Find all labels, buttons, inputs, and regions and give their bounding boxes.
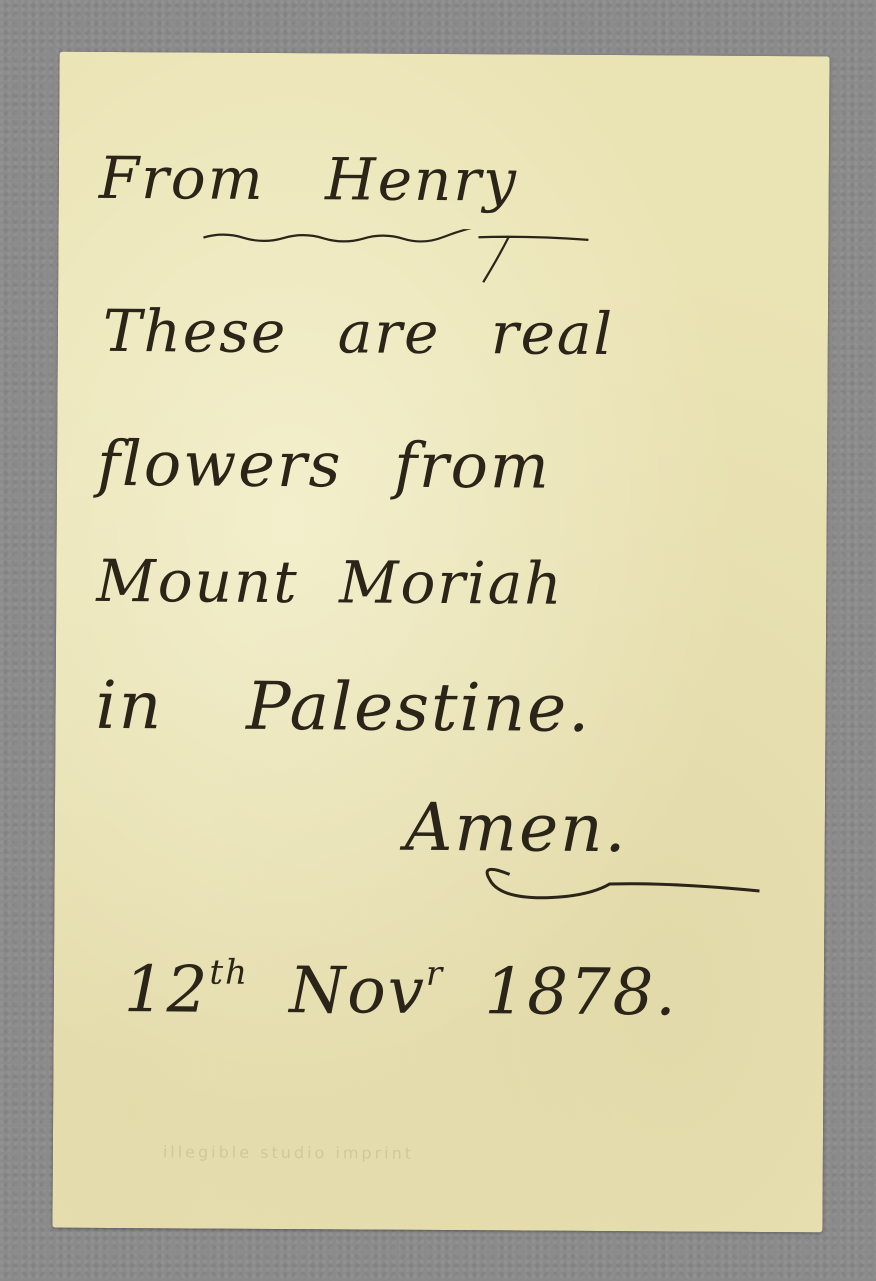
handwritten-card: From Henry These are real flowers from M… [52, 52, 829, 1233]
date-line: 12th Novr 1878. [124, 952, 678, 1030]
line-in-palestine: in Palestine. [95, 667, 591, 747]
line-these-are-real: These are real [103, 297, 615, 368]
date-month: Nov [289, 954, 426, 1029]
date-day: 12 [124, 953, 210, 1028]
line-mount-moriah: Mount Moriah [96, 547, 564, 618]
date-day-suffix: th [209, 953, 249, 993]
faded-imprint: illegible studio imprint [163, 1142, 414, 1163]
date-year: 1878. [484, 955, 678, 1030]
underline-flourish [198, 228, 598, 290]
date-month-suffix: r [426, 954, 445, 994]
line-flowers-from: flowers from [97, 427, 551, 503]
line-from-henry: From Henry [99, 144, 518, 215]
amen-underline-flourish [479, 854, 769, 906]
